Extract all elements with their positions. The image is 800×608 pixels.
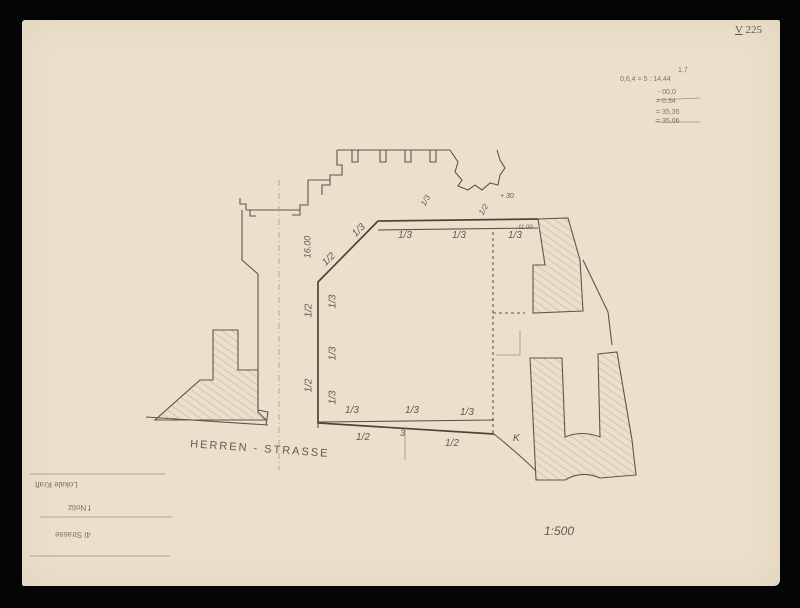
mirrored-note: Lokale Kraft: [35, 480, 78, 489]
calc-line: 0,6,4 = 5 : 14,44: [620, 75, 688, 84]
dimension-label: 1/3: [327, 391, 338, 405]
reference-roman: V: [735, 24, 743, 36]
right-lower-building: [530, 352, 636, 480]
right-upper-building: [533, 218, 583, 313]
castle-outline: [240, 150, 505, 216]
mirrored-note: 4l Strasse: [55, 530, 91, 539]
calculation-notes: 1,7 0,6,4 = 5 : 14,44 - 00,0 = 0.34 = 35…: [620, 66, 688, 126]
reference-number: 225: [746, 24, 763, 36]
dimension-label: 1/2: [303, 304, 314, 318]
calc-line: = 35,35: [620, 108, 688, 117]
dimension-label: 1/3: [508, 230, 522, 241]
calc-line: = 35,06: [620, 117, 688, 126]
dimension-label: 1/3: [327, 347, 338, 361]
scale-label: 1:500: [544, 524, 574, 538]
dimension-label: 1/3: [327, 295, 338, 309]
dimension-label: 1/3: [398, 230, 412, 241]
dimension-label: 3: [400, 428, 405, 438]
note-label: + 30: [500, 193, 514, 200]
dimension-label: 1/2: [445, 438, 459, 449]
main-plot: [318, 219, 538, 434]
dimension-label: 1/3: [460, 407, 474, 418]
dimension-label: 1/3: [405, 405, 419, 416]
calc-line: - 00,0: [620, 88, 688, 97]
left-building-hatched: [155, 330, 266, 420]
calc-line: 1,7: [620, 66, 688, 75]
note-label: 11.00: [518, 225, 533, 231]
calc-line: = 0.34: [620, 97, 688, 106]
height-label: 16.00: [302, 236, 312, 259]
mirrored-note: f Notiz: [68, 503, 91, 512]
dimension-label: 1/3: [345, 405, 359, 416]
dimension-label: 1/2: [303, 379, 314, 393]
dimension-label: 1/2: [356, 432, 370, 443]
archive-reference: V 225: [735, 24, 762, 36]
dimension-label: 1/3: [452, 230, 466, 241]
corner-mark: K: [513, 433, 520, 444]
